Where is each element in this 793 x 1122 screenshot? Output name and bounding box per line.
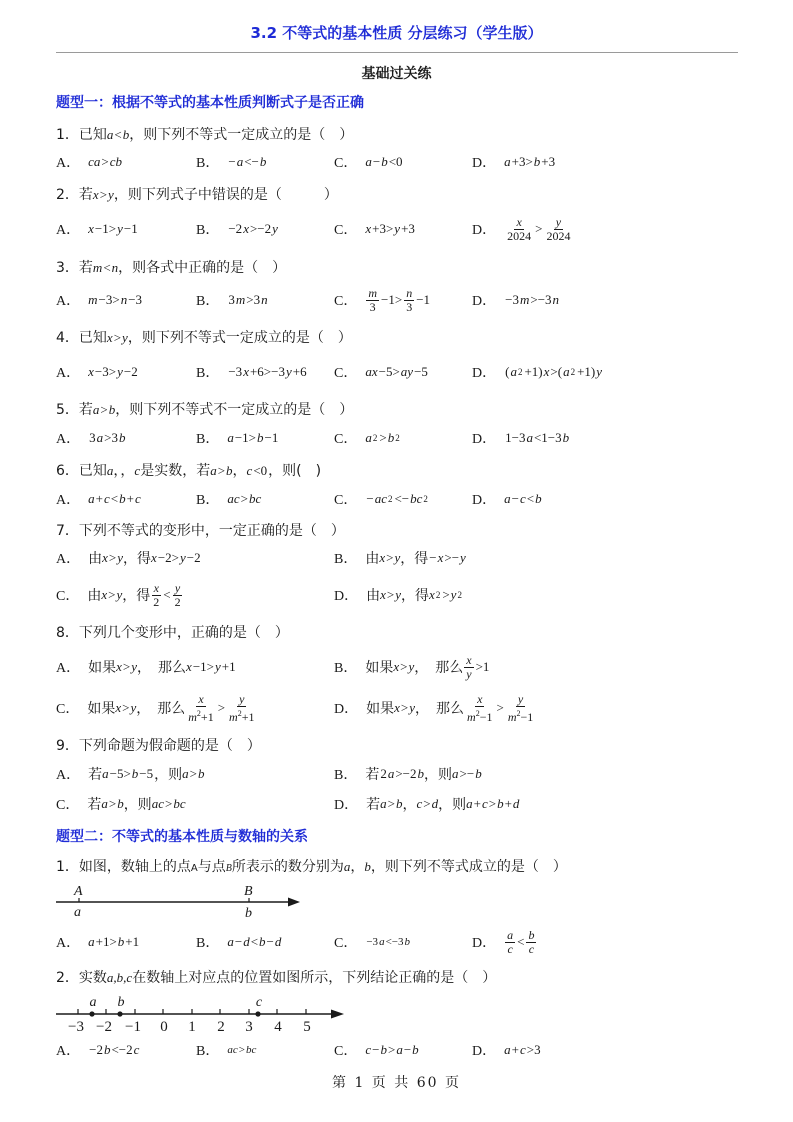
document-title: 3.2 不等式的基本性质 分层练习（学生版） xyxy=(0,22,793,43)
option-c[interactable]: C．若a>b，则ac>bc xyxy=(56,789,186,819)
tick-label-neg2: −2 xyxy=(96,1019,112,1034)
tick-label-2: 2 xyxy=(217,1019,225,1034)
question-2-options: A．x−1>y−1 B．−2x>−2y C．x+3>y+3 D．x2024>y2… xyxy=(56,214,756,244)
option-a[interactable]: A．a+1>b+1 xyxy=(56,927,140,957)
option-b[interactable]: B．若2a>−2b，则a>−b xyxy=(334,759,482,789)
question-8-options-row1: A．如果x>y， 那么x−1>y+1 B．如果x>y， 那么 xy>1 xyxy=(56,652,756,682)
question-9-options-row2: C．若a>b，则ac>bc D．若a>b，c>d，则a+c>b+d xyxy=(56,789,756,819)
option-c[interactable]: C．m3−1>n3−1 xyxy=(334,285,431,315)
question-1-stem: 1．已知a<b，则下列不等式一定成立的是（ ） xyxy=(56,124,353,144)
question-6-options: A．a+c<b+c B．ac>bc C．−ac2<−bc2 D．a−c<b xyxy=(56,484,756,514)
question-7-stem: 7．下列不等式的变形中，一定正确的是（ ） xyxy=(56,520,345,540)
question-9-stem: 9．下列命题为假命题的是（ ） xyxy=(56,735,261,755)
point-b-upper-label: B xyxy=(244,884,253,899)
point-b-label: b xyxy=(118,995,125,1010)
tick-label-4: 4 xyxy=(274,1019,282,1034)
option-b[interactable]: B．ac>bc xyxy=(196,484,261,514)
question-7-options-row2: C．由x>y，得x2<y2 D．由x>y，得x2>y2 xyxy=(56,580,756,610)
point-c xyxy=(255,1011,260,1016)
option-c[interactable]: C．ax−5>ay−5 xyxy=(334,357,429,387)
option-d[interactable]: D．如果x>y， 那么 xm2−1>ym2−1 xyxy=(334,693,536,723)
option-d[interactable]: D．x2024>y2024 xyxy=(472,214,573,244)
option-a[interactable]: A．a+c<b+c xyxy=(56,484,141,514)
question-4-stem: 4．已知x>y，则下列不等式一定成立的是（ ） xyxy=(56,327,352,347)
option-d[interactable]: D．a+c>3 xyxy=(472,1035,542,1065)
point-a xyxy=(89,1011,94,1016)
question-1-options: A．ca>cb B．−a<−b C．a−b<0 D．a+3>b+3 xyxy=(56,147,756,177)
option-b[interactable]: B．−a<−b xyxy=(196,147,266,177)
question-7-options-row1: A．由x>y，得x−2>y−2 B．由x>y，得−x>−y xyxy=(56,543,756,573)
option-c[interactable]: C．−ac2<−bc2 xyxy=(334,484,429,514)
question-9-options-row1: A．若a−5>b−5，则a>b B．若2a>−2b，则a>−b xyxy=(56,759,756,789)
tick-label-neg3: −3 xyxy=(68,1019,84,1034)
question-8-stem: 8．下列几个变形中，正确的是（ ） xyxy=(56,622,289,642)
title-divider xyxy=(56,52,738,53)
option-c[interactable]: C．a2>b2 xyxy=(334,423,401,453)
option-d[interactable]: D．−3m>−3n xyxy=(472,285,559,315)
option-b[interactable]: B．a−d<b−d xyxy=(196,927,281,957)
type2-question-2-stem: 2．实数a,b,c在数轴上对应点的位置如图所示，下列结论正确的是（ ） xyxy=(56,967,496,987)
option-b[interactable]: B．a−1>b−1 xyxy=(196,423,279,453)
question-5-options: A．3a>3b B．a−1>b−1 C．a2>b2 D．1−3a<1−3b xyxy=(56,423,756,453)
option-a[interactable]: A．如果x>y， 那么x−1>y+1 xyxy=(56,652,237,682)
option-a[interactable]: A．x−1>y−1 xyxy=(56,214,139,244)
option-a[interactable]: A．若a−5>b−5，则a>b xyxy=(56,759,204,789)
point-a-lower-label: a xyxy=(74,905,81,920)
page-footer: 第 1 页 共 60 页 xyxy=(0,1072,793,1092)
point-b-lower-label: b xyxy=(245,906,252,921)
number-line-ab: A a B b xyxy=(56,880,306,922)
option-c[interactable]: C．x+3>y+3 xyxy=(334,214,416,244)
tick-label-3: 3 xyxy=(245,1019,253,1034)
option-d[interactable]: D．若a>b，c>d，则a+c>b+d xyxy=(334,789,519,819)
question-8-options-row2: C．如果x>y， 那么 xm2+1>ym2+1 D．如果x>y， 那么 xm2−… xyxy=(56,693,756,723)
option-d[interactable]: D．ac<bc xyxy=(472,927,537,957)
option-c[interactable]: C．如果x>y， 那么 xm2+1>ym2+1 xyxy=(56,693,258,723)
question-6-stem: 6．已知a，，c是实数，若a>b，c<0，则( ) xyxy=(56,460,321,480)
option-d[interactable]: D．由x>y，得x2>y2 xyxy=(334,580,463,610)
option-b[interactable]: B．ac>bc xyxy=(196,1035,256,1065)
option-a[interactable]: A．x−3>y−2 xyxy=(56,357,139,387)
type2-heading: 题型二：不等式的基本性质与数轴的关系 xyxy=(56,826,308,846)
option-b[interactable]: B．由x>y，得−x>−y xyxy=(334,543,466,573)
tick-label-1: 1 xyxy=(188,1019,196,1034)
option-a[interactable]: A．由x>y，得x−2>y−2 xyxy=(56,543,202,573)
option-c[interactable]: C．由x>y，得x2<y2 xyxy=(56,580,184,610)
point-a-label: a xyxy=(90,995,97,1010)
option-b[interactable]: B．如果x>y， 那么 xy>1 xyxy=(334,652,490,682)
option-d[interactable]: D．(a2+1)x>(a2+1)y xyxy=(472,357,602,387)
option-c[interactable]: C．c−b>a−b xyxy=(334,1035,419,1065)
point-b xyxy=(117,1011,122,1016)
option-d[interactable]: D．1−3a<1−3b xyxy=(472,423,569,453)
type2-question-1-options: A．a+1>b+1 B．a−d<b−d C．−3a<−3b D．ac<bc xyxy=(56,927,756,957)
point-a-upper-label: A xyxy=(73,884,83,899)
option-d[interactable]: D．a+3>b+3 xyxy=(472,147,556,177)
section-heading: 基础过关练 xyxy=(0,63,793,83)
question-2-stem: 2．若x>y，则下列式子中错误的是（ ） xyxy=(56,184,338,204)
question-4-options: A．x−3>y−2 B．−3x+6>−3y+6 C．ax−5>ay−5 D．(a… xyxy=(56,357,756,387)
option-b[interactable]: B．3m>3n xyxy=(196,285,268,315)
question-3-stem: 3．若m<n，则各式中正确的是（ ） xyxy=(56,257,286,277)
option-a[interactable]: A．ca>cb xyxy=(56,147,122,177)
option-d[interactable]: D．a−c<b xyxy=(472,484,542,514)
number-line-abc: −3 −2 −1 0 1 2 3 4 5 a b c xyxy=(56,992,356,1034)
type2-question-2-options: A．−2b<−2c B．ac>bc C．c−b>a−b D．a+c>3 xyxy=(56,1035,756,1065)
type1-heading: 题型一：根据不等式的基本性质判断式子是否正确 xyxy=(56,92,364,112)
question-5-stem: 5．若a>b，则下列不等式不一定成立的是（ ） xyxy=(56,399,353,419)
question-3-options: A．m−3>n−3 B．3m>3n C．m3−1>n3−1 D．−3m>−3n xyxy=(56,285,756,315)
tick-label-0: 0 xyxy=(160,1019,168,1034)
option-a[interactable]: A．3a>3b xyxy=(56,423,125,453)
tick-label-neg1: −1 xyxy=(125,1019,141,1034)
option-b[interactable]: B．−2x>−2y xyxy=(196,214,278,244)
option-c[interactable]: C．−3a<−3b xyxy=(334,927,410,957)
point-c-label: c xyxy=(256,995,263,1010)
option-a[interactable]: A．m−3>n−3 xyxy=(56,285,143,315)
option-c[interactable]: C．a−b<0 xyxy=(334,147,404,177)
type2-question-1-stem: 1．如图，数轴上的点A与点B所表示的数分别为a，b，则下列不等式成立的是（ ） xyxy=(56,856,567,876)
option-a[interactable]: A．−2b<−2c xyxy=(56,1035,139,1065)
tick-label-5: 5 xyxy=(303,1019,311,1034)
option-b[interactable]: B．−3x+6>−3y+6 xyxy=(196,357,308,387)
